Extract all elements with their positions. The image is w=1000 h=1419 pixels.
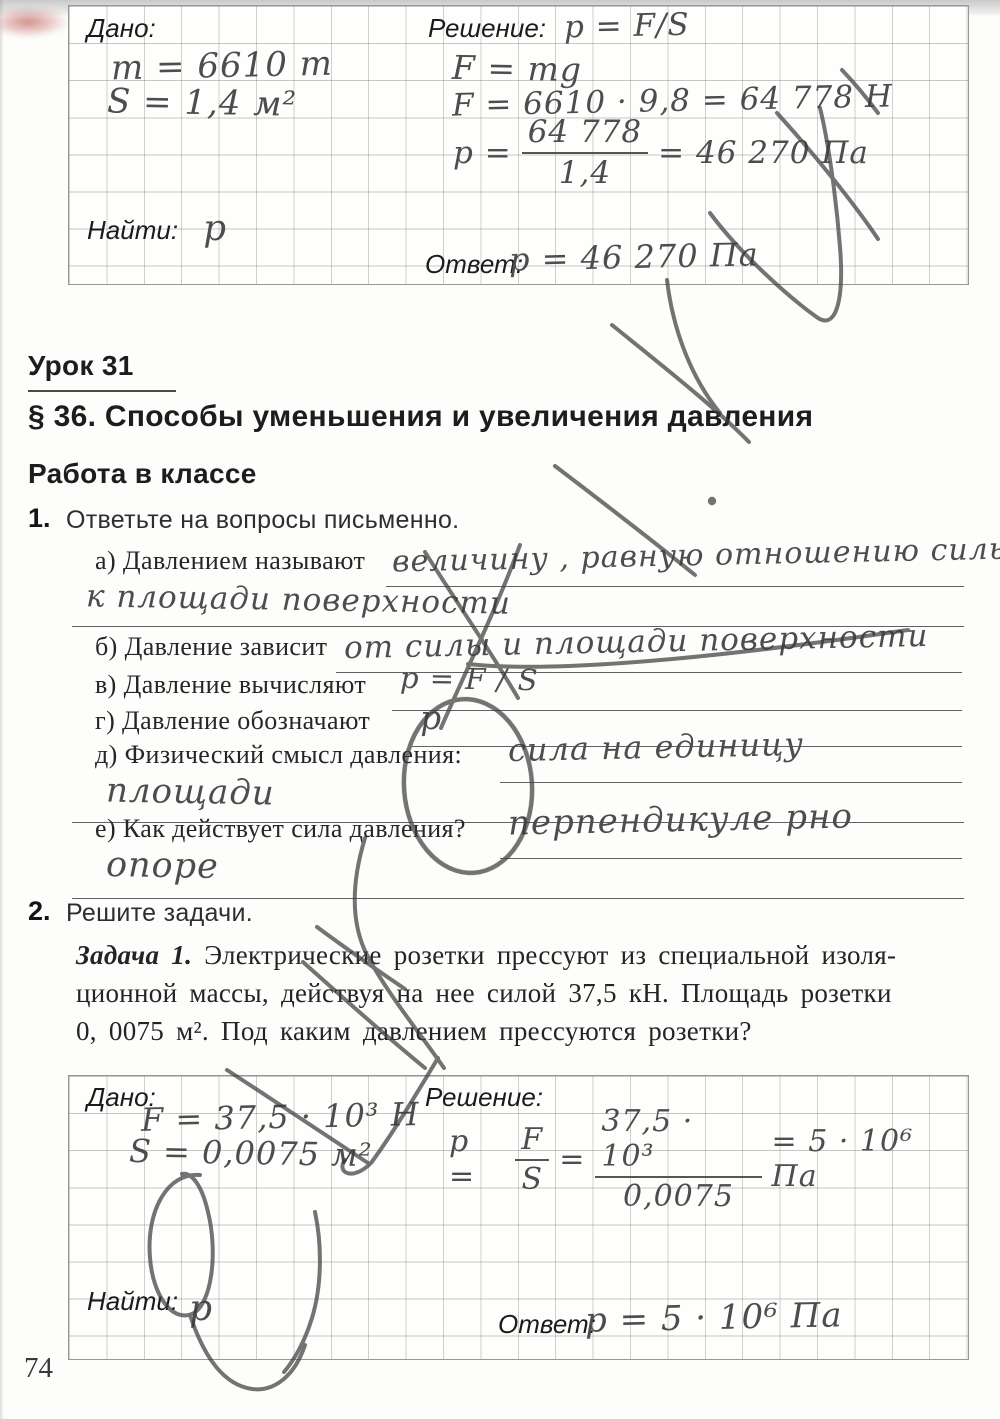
answer-value-2: p = 5 · 10⁶ Па xyxy=(585,1295,843,1340)
task1-number: 1. xyxy=(28,503,51,534)
bottom-task-grid: Дано: F = 37,5 · 10³ Н S = 0,0075 м² Най… xyxy=(68,1075,969,1360)
workbook-page: Дано: m = 6610 т S = 1,4 м² Найти: p Реш… xyxy=(0,0,1000,1419)
given-area-2: S = 0,0075 м² xyxy=(129,1132,373,1174)
red-ink-smudge xyxy=(0,6,70,38)
fraction-values-den: 0,0075 xyxy=(623,1178,734,1214)
given-area: S = 1,4 м² xyxy=(107,81,298,124)
question-b: б) Давление зависит xyxy=(95,632,327,662)
answer-e-line1: перпендикуле рно xyxy=(508,796,854,843)
fraction-denominator: 1,4 xyxy=(559,154,611,191)
naiti-label: Найти: xyxy=(87,215,178,246)
fraction-numerator: 64 778 xyxy=(522,114,648,154)
lesson-label: Урок 31 xyxy=(28,350,134,382)
solution-formula: p = F/S xyxy=(564,7,690,46)
equation-mid: = xyxy=(559,1142,585,1177)
task1-instruction: Ответьте на вопросы письменно. xyxy=(66,506,459,535)
dano-label: Дано: xyxy=(87,13,156,44)
answer-a-line2: к площади поверхности xyxy=(86,578,511,621)
otvet-label-2: Ответ: xyxy=(498,1309,596,1340)
answer-value: p = 46 270 Па xyxy=(509,235,760,278)
problem-line-2: ционной массы, действуя на нее силой 37,… xyxy=(76,978,892,1009)
section-title: § 36. Способы уменьшения и увеличения да… xyxy=(28,400,813,434)
equation-result: = 46 270 Па xyxy=(658,135,869,171)
subsection-title: Работа в классе xyxy=(28,458,257,490)
scribble-curve-heading xyxy=(667,280,720,413)
fraction-values-num: 37,5 · 10³ xyxy=(595,1104,761,1178)
fraction-fs: F S xyxy=(515,1122,549,1197)
top-task-grid: Дано: m = 6610 т S = 1,4 м² Найти: p Реш… xyxy=(68,5,969,285)
pencil-dot xyxy=(708,497,716,505)
page-number: 74 xyxy=(24,1352,53,1385)
fraction: 64 778 1,4 xyxy=(522,114,648,191)
answer-blank xyxy=(500,782,962,783)
answer-e-line2: опоре xyxy=(106,845,219,887)
answer-blank xyxy=(500,858,962,859)
fraction-values: 37,5 · 10³ 0,0075 xyxy=(595,1104,761,1214)
fraction-fs-num: F xyxy=(515,1122,549,1161)
lesson-underline xyxy=(28,390,176,392)
answer-blank xyxy=(392,710,962,711)
equation-prefix-2: p = xyxy=(449,1124,505,1194)
equation-prefix: p = xyxy=(453,135,512,171)
solution-equation: p = 64 778 1,4 = 46 270 Па xyxy=(453,114,869,191)
task2-number: 2. xyxy=(28,896,51,927)
question-a: а) Давлением называют xyxy=(95,546,365,576)
problem-line-1: Задача 1. Электрические розетки прессуют… xyxy=(76,940,896,971)
answer-g: p xyxy=(420,698,443,737)
question-v: в) Давление вычисляют xyxy=(95,670,366,700)
solution-line-1: F = mg xyxy=(452,48,583,89)
reshenie-label: Решение: xyxy=(428,13,546,44)
page-left-edge xyxy=(0,0,4,1419)
question-e: е) Как действует сила давления? xyxy=(95,814,466,844)
answer-d-line2: площади xyxy=(106,771,275,814)
find-value-2: p xyxy=(189,1288,214,1329)
find-value: p xyxy=(203,208,228,249)
equation-result-2: = 5 · 10⁶ Па xyxy=(772,1124,968,1194)
answer-a-line1: величину , равную отношению силы xyxy=(392,531,1000,579)
problem-text-1: Электрические розетки прессуют из специа… xyxy=(192,940,896,970)
problem-label: Задача 1. xyxy=(76,940,192,970)
question-g: г) Давление обозначают xyxy=(95,706,370,736)
naiti-label-2: Найти: xyxy=(87,1286,178,1317)
answer-d-line1: сила на единицу xyxy=(508,725,805,769)
question-d: д) Физический смысл давления: xyxy=(95,740,462,770)
solution-equation-2: p = F S = 37,5 · 10³ 0,0075 = 5 · 10⁶ Па xyxy=(449,1104,968,1214)
fraction-fs-den: S xyxy=(522,1161,544,1197)
task2-instruction: Решите задачи. xyxy=(66,899,253,928)
problem-line-3: 0, 0075 м². Под каким давлением прессуют… xyxy=(76,1016,752,1047)
scribble-oval xyxy=(398,695,538,878)
answer-v: p = F / S xyxy=(400,661,539,697)
